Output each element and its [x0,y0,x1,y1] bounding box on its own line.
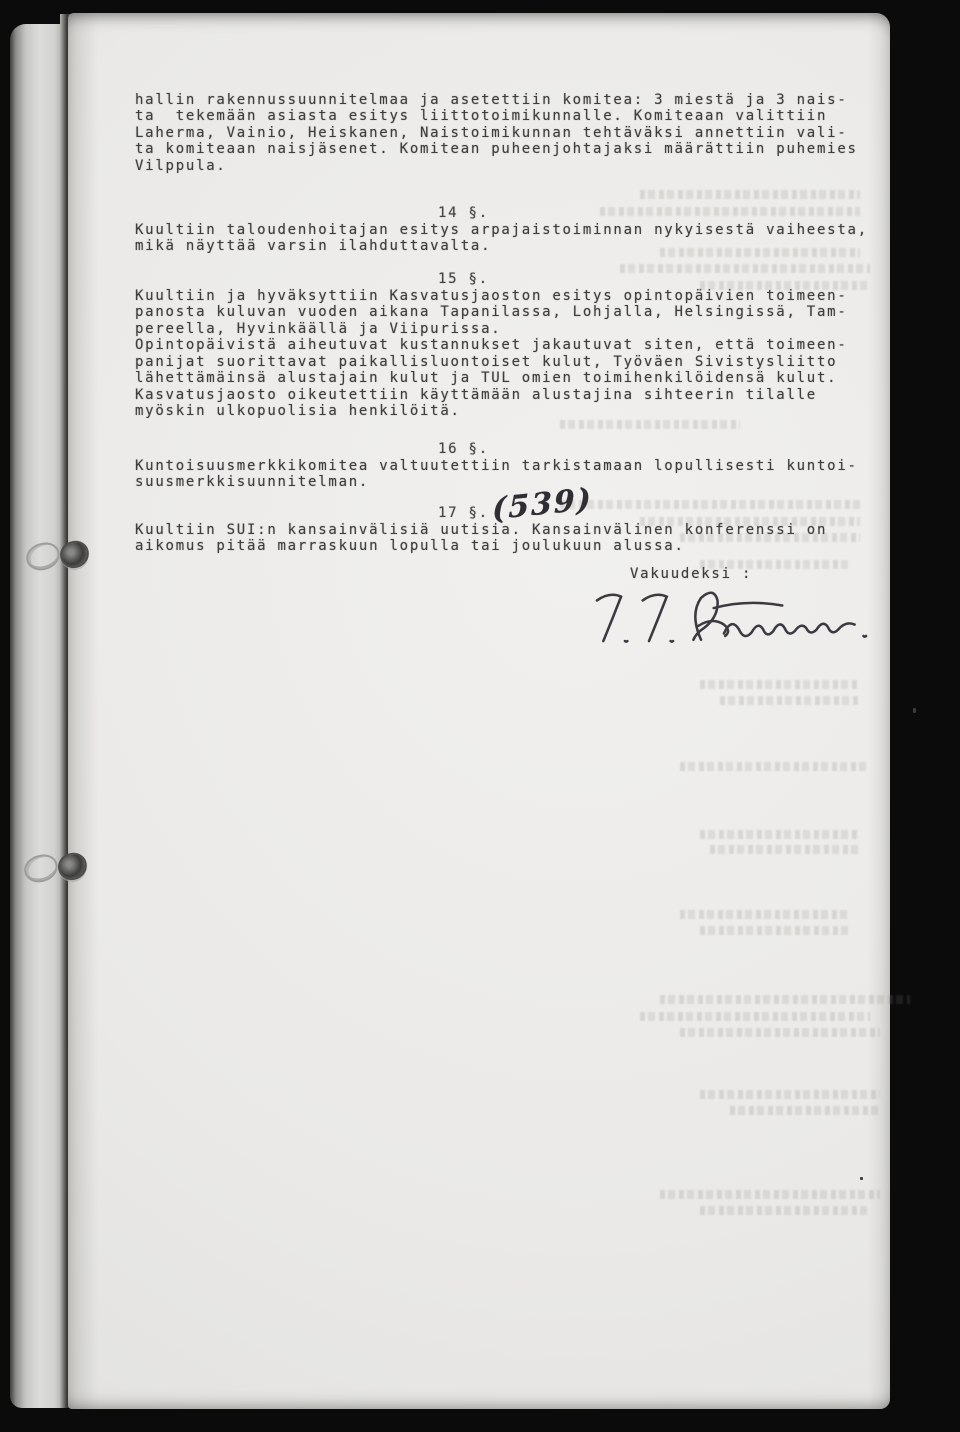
page-stack-edge [888,12,938,1412]
bleed-through-line [620,264,870,273]
typewritten-line: suusmerkkisuunnitelman. [135,474,369,490]
bleed-through-line [700,1090,880,1099]
section-heading-17: 17 §. [438,505,489,521]
bleed-through-line [560,420,740,429]
typewritten-line: Laherma, Vainio, Heiskanen, Naistoimikun… [135,125,848,141]
scanned-book-photo: hallin rakennussuunnitelmaa ja asetettii… [0,0,960,1432]
typewritten-line: Kuntoisuusmerkkikomitea valtuutettiin ta… [135,458,858,474]
typewritten-line: ta komiteaan naisjäsenet. Komitean puhee… [135,141,858,157]
typewritten-line: Kuultiin ja hyväksyttiin Kasvatusjaoston… [135,288,848,304]
bleed-through-line [640,1012,870,1021]
bleed-through-line [710,845,860,854]
bleed-through-line [660,248,860,257]
bleed-through-line [640,190,860,199]
typewritten-line: Vilppula. [135,158,227,174]
typewritten-line: aikomus pitää marraskuun lopulla tai jou… [135,538,685,554]
signature-handwriting: V. J. Kostiainen. [583,589,913,655]
typewritten-line: panijat suorittavat paikallisluontoiset … [135,354,837,370]
typewritten-line: mikä näyttää varsin ilahduttavalta. [135,238,491,254]
typewritten-line: lähettämäinsä alustajain kulut ja TUL om… [135,370,837,386]
previous-page-edge [10,24,64,1408]
bleed-through-line [700,926,850,935]
typewritten-line: panosta kuluvan vuoden aikana Tapanilass… [135,304,848,320]
attestation-label: Vakuudeksi : [630,566,752,582]
typewritten-line: pereella, Hyvinkäällä ja Viipurissa. [135,321,501,337]
typewritten-line: myöskin ulkopuolisia henkilöitä. [135,403,461,419]
handwritten-annotation: (539) [492,482,592,528]
typewritten-line: Opintopäivistä aiheutuvat kustannukset j… [135,337,848,353]
typewritten-line: Kuultiin SUI:n kansainvälisiä uutisia. K… [135,522,827,538]
typewritten-line: hallin rakennussuunnitelmaa ja asetettii… [135,92,848,108]
bleed-through-line [730,1106,880,1115]
paper-speck [860,1177,863,1180]
bleed-through-line [660,1190,880,1199]
bleed-through-line [660,995,910,1004]
document-page: hallin rakennussuunnitelmaa ja asetettii… [68,13,890,1409]
bleed-through-line [680,910,850,919]
section-heading-16: 16 §. [438,441,489,457]
section-heading-15: 15 §. [438,271,489,287]
bleed-through-line [700,680,860,689]
bleed-through-line [720,696,860,705]
bleed-through-line [680,1028,880,1037]
bleed-through-line [680,762,870,771]
typewritten-line: ta tekemään asiasta esitys liittotoimiku… [135,108,827,124]
typewritten-line: Kasvatusjaosto oikeutettiin käyttämään a… [135,387,817,403]
section-heading-14: 14 §. [438,205,489,221]
bleed-through-line [700,1206,870,1215]
typewritten-line: Kuultiin taloudenhoitajan esitys arpajai… [135,222,868,238]
bleed-through-line [560,500,860,509]
bleed-through-line [600,207,860,216]
bleed-through-line [700,830,860,839]
